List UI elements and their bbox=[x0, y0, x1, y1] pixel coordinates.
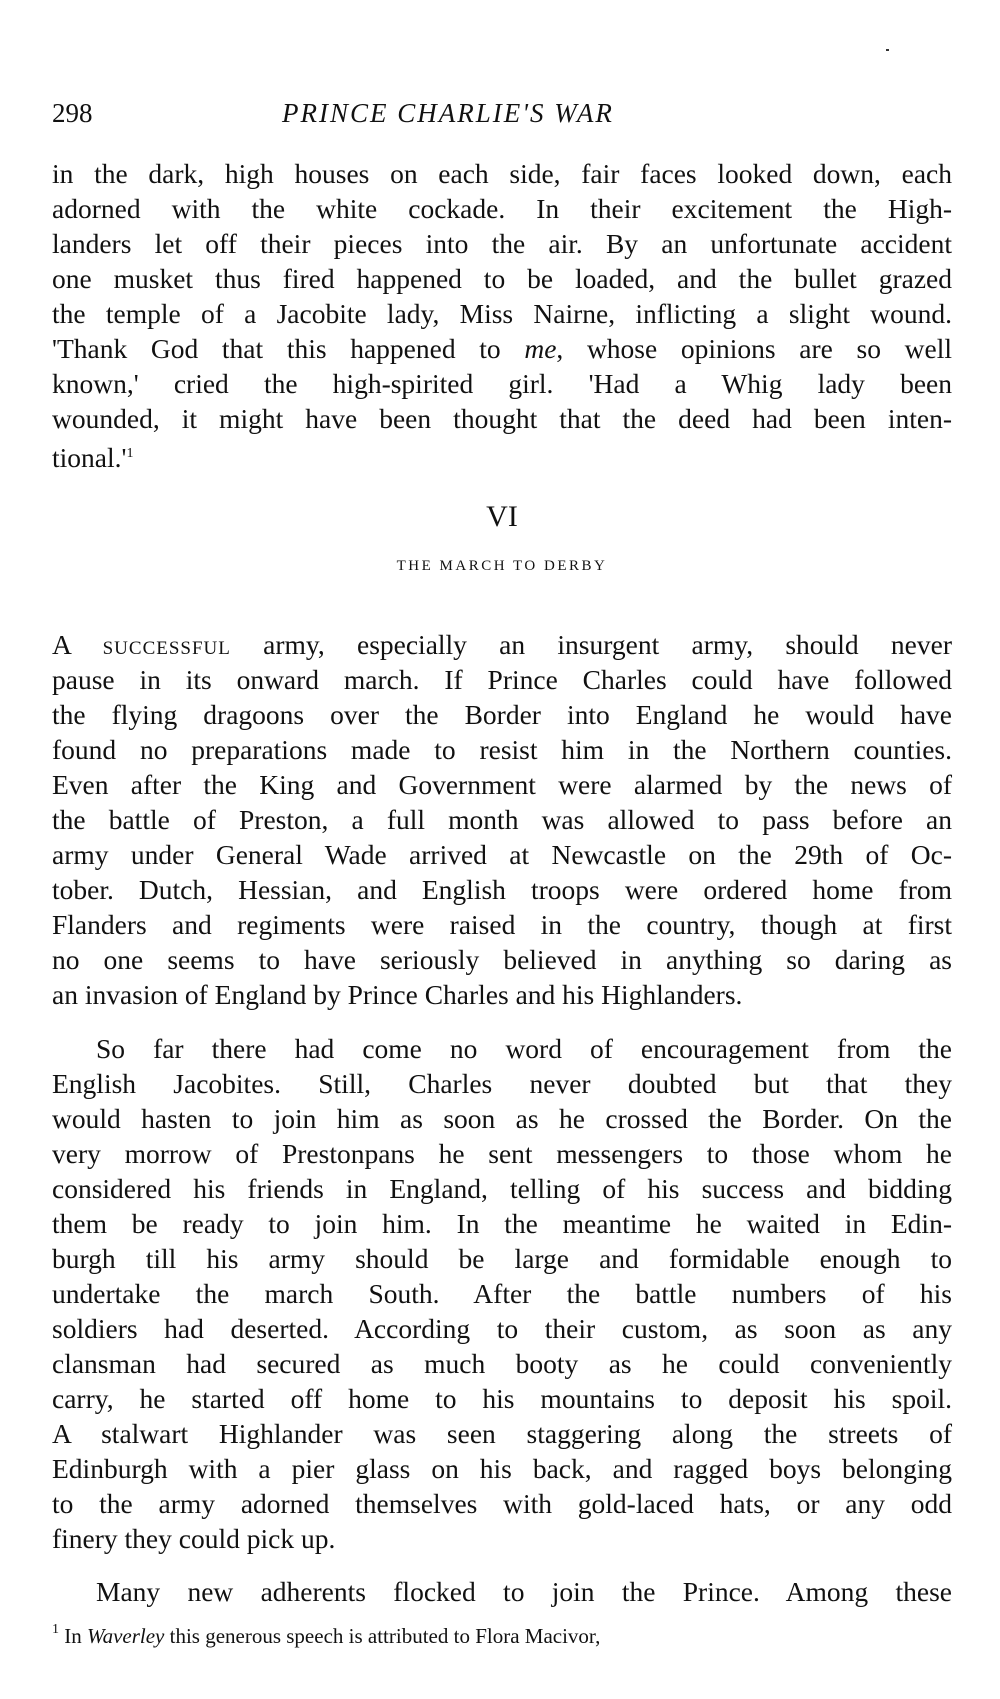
opening-paragraph: in the dark, high houses on each side, f… bbox=[52, 156, 952, 471]
text-line: in the dark, high houses on each side, f… bbox=[52, 156, 952, 191]
text-line: an invasion of England by Prince Charles… bbox=[52, 977, 952, 1012]
text-line: clansman had secured as much booty as he… bbox=[52, 1346, 952, 1381]
footnote-reference[interactable]: 1 bbox=[126, 446, 133, 461]
paragraph-2: So far there had come no word of encoura… bbox=[52, 1031, 952, 1556]
text-line: tional.'1 bbox=[52, 436, 952, 471]
text-line: burgh till his army should be large and … bbox=[52, 1241, 952, 1276]
quote-start: 'Thank God that this happened to bbox=[52, 333, 524, 364]
text-line: no one seems to have seriously believed … bbox=[52, 942, 952, 977]
footnote: 1 In Waverley this generous speech is at… bbox=[52, 1622, 600, 1649]
text-line: Edinburgh with a pier glass on his back,… bbox=[52, 1451, 952, 1486]
text-line: soldiers had deserted. According to thei… bbox=[52, 1311, 952, 1346]
running-head: 298 PRINCE CHARLIE'S WAR bbox=[52, 98, 952, 138]
text-line: army under General Wade arrived at Newca… bbox=[52, 837, 952, 872]
text-line: very morrow of Prestonpans he sent messe… bbox=[52, 1136, 952, 1171]
text-line: found no preparations made to resist him… bbox=[52, 732, 952, 767]
quote-rest: , whose opinions are so well bbox=[556, 333, 952, 364]
text-line: pause in its onward march. If Prince Cha… bbox=[52, 662, 952, 697]
emphasis: me bbox=[524, 333, 556, 364]
text-line: carry, he started off home to his mounta… bbox=[52, 1381, 952, 1416]
text-line: known,' cried the high-spirited girl. 'H… bbox=[52, 366, 952, 401]
scan-speck bbox=[886, 49, 889, 51]
text-line: 'Thank God that this happened to me, who… bbox=[52, 331, 952, 366]
drop-word: A bbox=[52, 629, 70, 660]
text-line: Even after the King and Government were … bbox=[52, 767, 952, 802]
text-line: undertake the march South. After the bat… bbox=[52, 1276, 952, 1311]
footnote-text-after: this generous speech is attributed to Fl… bbox=[164, 1624, 600, 1648]
text-line: So far there had come no word of encoura… bbox=[52, 1031, 952, 1066]
text-line: A successful army, especially an insurge… bbox=[52, 627, 952, 662]
text-line: A stalwart Highlander was seen staggerin… bbox=[52, 1416, 952, 1451]
running-title: PRINCE CHARLIE'S WAR bbox=[282, 98, 614, 129]
text-line: considered his friends in England, telli… bbox=[52, 1171, 952, 1206]
first-line-rest: army, especially an insurgent army, shou… bbox=[231, 629, 952, 660]
text-line: one musket thus fired happened to be loa… bbox=[52, 261, 952, 296]
text-line: English Jacobites. Still, Charles never … bbox=[52, 1066, 952, 1101]
text-line: tober. Dutch, Hessian, and English troop… bbox=[52, 872, 952, 907]
footnote-marker: 1 bbox=[52, 1622, 59, 1637]
text-line: would hasten to join him as soon as he c… bbox=[52, 1101, 952, 1136]
text-line: the battle of Preston, a full month was … bbox=[52, 802, 952, 837]
paragraph-3: Many new adherents flocked to join the P… bbox=[52, 1574, 952, 1609]
text-line: to the army adorned themselves with gold… bbox=[52, 1486, 952, 1521]
text-line: Flanders and regiments were raised in th… bbox=[52, 907, 952, 942]
footnote-text-before: In bbox=[59, 1624, 87, 1648]
small-caps-word: successful bbox=[103, 629, 231, 660]
text-line: Many new adherents flocked to join the P… bbox=[52, 1574, 952, 1609]
text-line: wounded, it might have been thought that… bbox=[52, 401, 952, 436]
chapter-number: VI bbox=[52, 500, 952, 534]
page-number: 298 bbox=[52, 98, 93, 129]
footnote-book-title: Waverley bbox=[87, 1624, 164, 1648]
text-line: finery they could pick up. bbox=[52, 1521, 952, 1556]
text-line-end: tional.' bbox=[52, 442, 126, 473]
chapter-title: THE MARCH TO DERBY bbox=[52, 558, 952, 575]
paragraph-1: A successful army, especially an insurge… bbox=[52, 627, 952, 1012]
text-line: the temple of a Jacobite lady, Miss Nair… bbox=[52, 296, 952, 331]
text-line: them be ready to join him. In the meanti… bbox=[52, 1206, 952, 1241]
text-line: landers let off their pieces into the ai… bbox=[52, 226, 952, 261]
text-line: the flying dragoons over the Border into… bbox=[52, 697, 952, 732]
text-line: adorned with the white cockade. In their… bbox=[52, 191, 952, 226]
